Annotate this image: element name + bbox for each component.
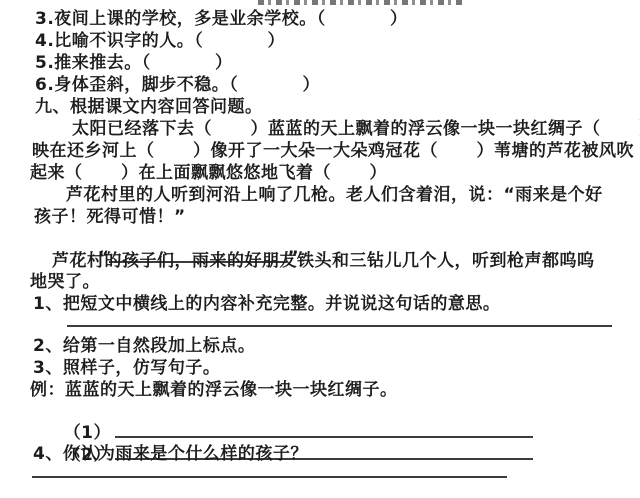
question-3-example: 例：蓝蓝的天上飘着的浮云像一块一块红绸子。 (30, 380, 398, 400)
definition-item-4: 4.比喻不识字的人。（ ） (35, 31, 285, 51)
answer-line (67, 325, 612, 327)
definition-item-3: 3.夜间上课的学校，多是业余学校。（ ） (35, 9, 407, 29)
passage-line: 起来（ ）在上面飘飘悠悠地飞着（ ） (30, 163, 387, 183)
answer-line (32, 476, 507, 478)
passage-line: 孩子！死得可惜！” (34, 207, 186, 227)
passage-line: 太阳已经落下去（ ）蓝蓝的天上飘着的浮云像一块一块红绸子（ ） (72, 119, 640, 139)
definition-item-6: 6.身体歪斜，脚步不稳。（ ） (35, 75, 320, 95)
question-4: 4、你认为雨来是个什么样的孩子？ (33, 444, 308, 464)
passage-line: 映在还乡河上（ ）像开了一大朵一大朵鸡冠花（ ）苇塘的芦花被风吹 (32, 141, 634, 161)
question-2: 2、给第一自然段加上标点。 (33, 336, 255, 356)
passage-line: 芦花村里的人听到河沿上响了几枪。老人们含着泪，说：“雨来是个好 (66, 185, 603, 205)
cropped-text-remnant (258, 0, 463, 5)
passage-line: 地哭了。 (30, 272, 100, 292)
question-3: 3、照样子，仿写句子。 (33, 358, 220, 378)
worksheet-page: 3.夜间上课的学校，多是业余学校。（ ） 4.比喻不识字的人。（ ） 5.推来推… (0, 0, 640, 498)
section-heading: 九、根据课文内容回答问题。 (35, 97, 263, 117)
question-1: 1、把短文中横线上的内容补充完整。并说说这句话的意思。 (33, 294, 500, 314)
passage-line: 芦花村的孩子们，雨来的好朋友铁头和三钻儿几个人，听到枪声都呜呜 (52, 251, 595, 271)
definition-item-5: 5.推来推去。（ ） (35, 53, 232, 73)
